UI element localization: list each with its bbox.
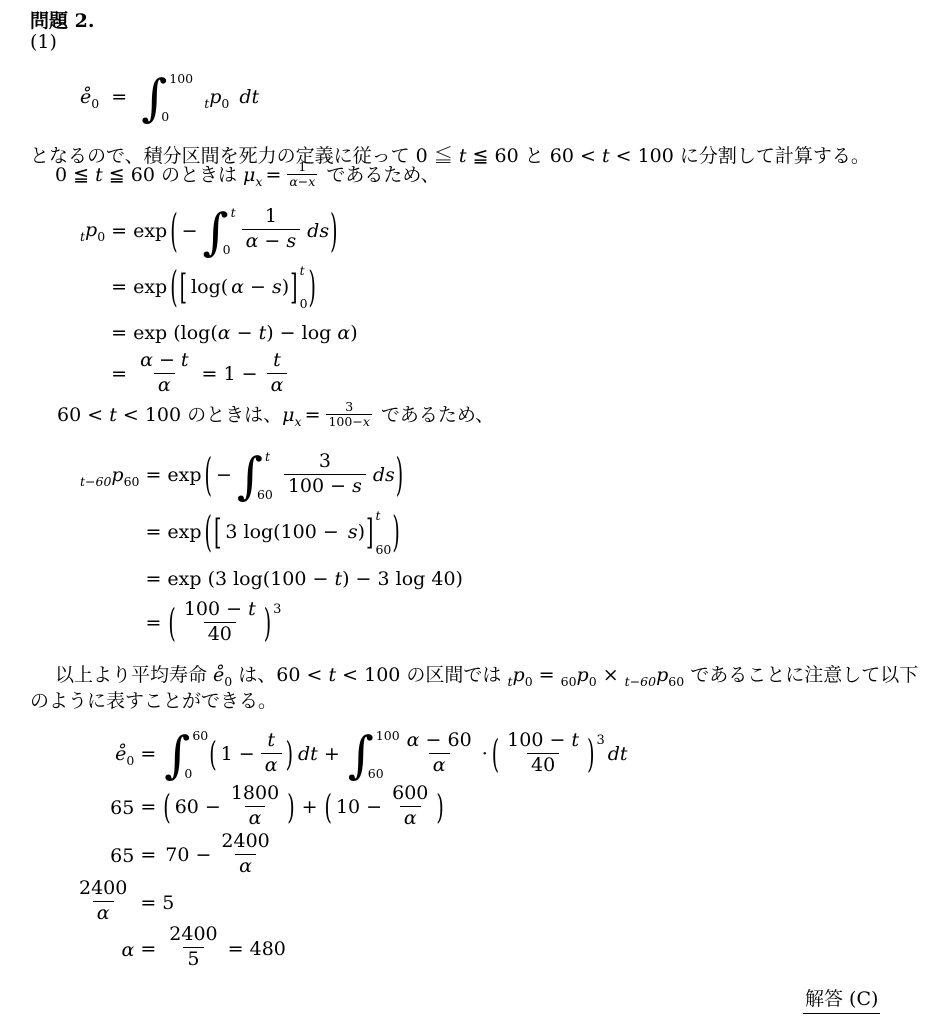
bracket-upper-limit: t bbox=[375, 510, 391, 523]
math-token: p bbox=[111, 464, 123, 486]
subscript: 60 bbox=[124, 474, 140, 489]
close-paren: ) bbox=[286, 736, 293, 775]
equals-sign: = bbox=[140, 844, 156, 866]
math-token: t bbox=[95, 164, 103, 186]
fraction-numerator: 100 − t bbox=[503, 730, 583, 753]
equation-lhs bbox=[80, 315, 105, 351]
minus-sign: − bbox=[182, 220, 198, 242]
fraction-numerator: t bbox=[269, 350, 285, 373]
math-token: dt bbox=[239, 86, 259, 108]
equation-rhs: =5 bbox=[134, 880, 627, 927]
fraction-denominator: α bbox=[154, 373, 175, 397]
math-token: 10 − bbox=[336, 796, 382, 818]
fraction-numerator: 3 bbox=[343, 400, 355, 414]
function-name: exp bbox=[167, 464, 201, 486]
equals-sign: = bbox=[111, 220, 127, 242]
subscript: 0 bbox=[221, 96, 229, 111]
math-token: p bbox=[209, 86, 221, 108]
math-token: μ bbox=[282, 404, 294, 426]
equals-sign: = bbox=[265, 164, 281, 186]
jp-text: に分割して計算する。 bbox=[674, 145, 870, 167]
fraction: tα bbox=[261, 730, 282, 777]
math-token: α bbox=[122, 939, 135, 961]
paragraph-case1: 0 ≦ t ≦ 60 のときは μx=1α−x であるため、 bbox=[55, 159, 440, 191]
bracket-limits: t60 bbox=[375, 510, 391, 556]
math-token: 60 − bbox=[175, 796, 221, 818]
jp-text: の区間では bbox=[400, 664, 507, 686]
equals-sign: = bbox=[111, 363, 127, 385]
jp-text: 以上より平均寿命 bbox=[55, 664, 213, 686]
equals-sign: = bbox=[533, 664, 561, 686]
fraction-denominator: α bbox=[245, 806, 266, 830]
open-paren: ( bbox=[168, 602, 175, 646]
fraction: 2400α bbox=[217, 831, 273, 878]
equation-rhs: =α − tα= 1 −tα bbox=[105, 351, 357, 399]
equation-rhs: =exp (log(α − t) − log α) bbox=[105, 315, 357, 351]
equals-sign: = bbox=[140, 743, 156, 765]
math-token: p bbox=[513, 664, 525, 686]
integral-symbol: ∫t60 bbox=[237, 450, 279, 502]
equation-e0-definition: e̊0 = ∫1000 tp0 dt bbox=[80, 72, 259, 124]
math-token: dt bbox=[608, 743, 628, 765]
equation-lhs: 65 bbox=[72, 833, 134, 880]
math-token: 100 − bbox=[288, 475, 352, 497]
equals-sign: = bbox=[111, 276, 127, 298]
fraction-denominator: 100−x bbox=[326, 414, 371, 429]
integral-lower-limit: 0 bbox=[184, 768, 200, 781]
fraction-numerator: 1800 bbox=[227, 783, 283, 806]
jp-text: のときは bbox=[155, 164, 243, 186]
math-token: 60 < bbox=[57, 404, 109, 426]
equals-sign: = bbox=[145, 521, 161, 543]
open-paren: ( bbox=[205, 450, 212, 502]
fraction: 1800α bbox=[227, 783, 283, 830]
equation-rhs: =∫600(1 −tα)dt+∫10060α − 60α·(100 − t40)… bbox=[134, 727, 627, 783]
math-token: − 60 bbox=[420, 729, 472, 751]
close-paren: ) bbox=[392, 509, 399, 557]
integral-lower-limit: 0 bbox=[223, 244, 231, 257]
math-token: α bbox=[337, 322, 350, 344]
math-token: ) bbox=[350, 322, 357, 344]
open-paren: ( bbox=[209, 736, 216, 775]
fraction: 1α−x bbox=[287, 160, 317, 190]
math-token: s bbox=[348, 521, 358, 543]
subscript: 0 bbox=[525, 674, 533, 689]
fraction-numerator: 2400 bbox=[217, 831, 273, 854]
math-token: x bbox=[363, 414, 370, 429]
math-token: < 100 bbox=[117, 404, 181, 426]
open-paren: ( bbox=[170, 206, 177, 258]
equation-rhs: =exp (3 log(100 − t) − 3 log 40) bbox=[139, 561, 462, 596]
open-paren: ( bbox=[170, 263, 177, 311]
close-paren: ) bbox=[330, 206, 337, 258]
equation-rhs: =70 −2400α bbox=[134, 833, 627, 880]
plus-sign: + bbox=[302, 796, 318, 818]
fraction-numerator: 600 bbox=[388, 783, 432, 806]
paragraph-case2: 60 < t < 100 のときは、μx=3100−x であるため、 bbox=[57, 399, 494, 431]
math-token: ) bbox=[282, 276, 289, 298]
function-name: exp bbox=[133, 220, 167, 242]
equals-sign: = bbox=[145, 612, 161, 634]
math-token: p bbox=[656, 664, 668, 686]
equation-lhs bbox=[80, 561, 139, 596]
subscript: 0 bbox=[97, 229, 105, 244]
equals-sign: = bbox=[111, 86, 127, 108]
math-token: 70 − bbox=[165, 844, 211, 866]
math-token: ≦ 60 bbox=[103, 164, 155, 186]
math-token: < 100 bbox=[336, 664, 400, 686]
equation-lhs: t−60p60 bbox=[80, 447, 139, 505]
subscript: x bbox=[295, 414, 302, 429]
close-paren: ) bbox=[396, 450, 403, 502]
integral-symbol: ∫600 bbox=[164, 729, 206, 781]
integral-symbol: ∫t0 bbox=[203, 206, 237, 258]
fraction-denominator: α bbox=[267, 373, 288, 397]
math-token: dt bbox=[298, 743, 318, 765]
paragraph-conclusion-line1: 以上より平均寿命 e̊0 は、60 < t < 100 の区間では tp0 = … bbox=[55, 660, 918, 689]
open-paren: ( bbox=[205, 509, 212, 557]
fraction-denominator: α − s bbox=[242, 229, 301, 253]
function-name: exp bbox=[167, 521, 201, 543]
fraction-numerator: α − t bbox=[136, 350, 192, 373]
jp-text: であることに注意して以下 bbox=[684, 664, 918, 686]
cdot-sign: · bbox=[482, 743, 488, 765]
close-paren: ) bbox=[264, 602, 271, 646]
fraction: 1α − s bbox=[242, 206, 301, 253]
fraction-denominator: 5 bbox=[183, 947, 203, 971]
subscript: 0 bbox=[126, 753, 134, 768]
jp-text: であるため、 bbox=[375, 404, 494, 426]
math-token: p bbox=[577, 664, 589, 686]
math-token: 3 log(100 − bbox=[225, 521, 344, 543]
equation-rhs: =exp([3 log(100 − s)]t60) bbox=[139, 505, 462, 561]
fraction-denominator: 40 bbox=[527, 753, 559, 777]
integral-lower-limit: 60 bbox=[257, 489, 273, 502]
equals-sign: = bbox=[305, 404, 321, 426]
math-token: 60 < bbox=[550, 145, 602, 167]
open-paren: ( bbox=[492, 733, 499, 777]
plus-sign: + bbox=[324, 743, 340, 765]
superscript-3: 3 bbox=[596, 733, 604, 748]
math-token: 100 − bbox=[507, 729, 571, 751]
fraction-numerator: 100 − t bbox=[180, 599, 260, 622]
fraction: 3100 − s bbox=[284, 451, 366, 498]
math-token: α − t bbox=[218, 322, 266, 344]
math-token: ) bbox=[358, 521, 365, 543]
equation-block-tp0: tp0 =exp(−∫t01α − sds) =exp([log(α − s)]… bbox=[80, 203, 358, 399]
fraction: 100 − t40 bbox=[503, 730, 583, 777]
equation-rhs: =exp([log(α − s)]t0) bbox=[105, 260, 357, 315]
math-token: = 480 bbox=[228, 938, 286, 960]
math-token: t bbox=[571, 729, 579, 751]
equation-lhs: α bbox=[72, 926, 134, 973]
integral-symbol: ∫1000 bbox=[141, 72, 191, 124]
math-token: t bbox=[328, 664, 336, 686]
superscript-3: 3 bbox=[273, 602, 281, 617]
subscript: x bbox=[255, 174, 262, 189]
paragraph-conclusion-line2: のように表すことができる。 bbox=[30, 686, 277, 713]
fraction: tα bbox=[267, 350, 288, 397]
integral-lower-limit: 0 bbox=[161, 111, 185, 124]
math-token: α bbox=[407, 729, 420, 751]
open-paren: ( bbox=[325, 789, 332, 828]
pre-subscript: 60 bbox=[561, 674, 577, 689]
problem-title: 問題 2. bbox=[30, 6, 94, 33]
fraction-denominator: α−x bbox=[287, 174, 317, 189]
math-token: 5 bbox=[162, 892, 174, 914]
fraction-denominator: α bbox=[261, 753, 282, 777]
equation-rhs: =24005= 480 bbox=[134, 926, 627, 973]
fraction: α − 60α bbox=[403, 730, 476, 777]
bracket-limits: t0 bbox=[300, 265, 308, 311]
math-token: ≦ 60 bbox=[466, 145, 518, 167]
math-token: 65 bbox=[110, 845, 134, 867]
math-token: t bbox=[109, 404, 117, 426]
jp-text: は、 bbox=[232, 664, 276, 686]
equation-lhs bbox=[80, 351, 105, 399]
equation-lhs: tp0 bbox=[80, 203, 105, 260]
integral-lower-limit: 60 bbox=[368, 768, 392, 781]
fraction-denominator: 100 − s bbox=[284, 474, 366, 498]
answer-footer: 解答 (C) bbox=[803, 984, 880, 1011]
fraction-numerator: α − 60 bbox=[403, 730, 476, 753]
math-token: ds bbox=[307, 220, 329, 242]
fraction-denominator: α bbox=[235, 854, 256, 878]
answer-label: 解答 (C) bbox=[803, 988, 880, 1014]
fraction: 600α bbox=[388, 783, 432, 830]
bracket-lower-limit: 0 bbox=[300, 298, 308, 311]
close-bracket: ] bbox=[290, 268, 297, 308]
math-token: log( bbox=[191, 276, 228, 298]
equation-rhs: =(60 −1800α)+(10 −600α) bbox=[134, 783, 627, 833]
math-token: 0 ≦ bbox=[55, 164, 95, 186]
integral-symbol: ∫10060 bbox=[348, 729, 398, 781]
math-token: e̊ bbox=[80, 86, 91, 108]
close-paren: ) bbox=[309, 263, 316, 311]
math-token: < 100 bbox=[610, 145, 674, 167]
integral-upper-limit: 100 bbox=[376, 730, 400, 743]
fraction-numerator: 2400 bbox=[165, 924, 221, 947]
fraction-denominator: α bbox=[429, 753, 450, 777]
equation-block-final: e̊0 =∫600(1 −tα)dt+∫10060α − 60α·(100 − … bbox=[72, 727, 628, 973]
equation-lhs: 2400α bbox=[72, 880, 134, 927]
math-token: t bbox=[334, 568, 342, 590]
fraction: 100 − t40 bbox=[180, 599, 260, 646]
close-paren: ) bbox=[587, 733, 594, 777]
bracket-lower-limit: 60 bbox=[375, 544, 391, 557]
pre-subscript: t−60 bbox=[625, 674, 656, 689]
fraction-numerator: 2400 bbox=[75, 878, 131, 901]
close-paren: ) bbox=[436, 789, 443, 828]
close-bracket: ] bbox=[366, 513, 373, 553]
open-bracket: [ bbox=[214, 513, 221, 553]
equation-lhs: e̊0 bbox=[72, 727, 134, 783]
equals-sign: = bbox=[140, 796, 156, 818]
integral-upper-limit: t bbox=[231, 207, 239, 220]
math-token: α − s bbox=[231, 276, 282, 298]
fraction-numerator: 1 bbox=[261, 206, 281, 229]
fraction: 2400α bbox=[75, 878, 131, 925]
equation-rhs: =(100 − t40)3 bbox=[139, 596, 462, 652]
close-paren: ) bbox=[287, 789, 294, 828]
open-bracket: [ bbox=[180, 268, 187, 308]
math-token: t bbox=[248, 598, 256, 620]
equals-sign: = bbox=[145, 568, 161, 590]
fraction-denominator: α bbox=[93, 901, 114, 925]
jp-text: と bbox=[519, 145, 550, 167]
equation-lhs bbox=[80, 260, 105, 315]
fraction-denominator: 40 bbox=[204, 622, 236, 646]
math-token: e̊ bbox=[115, 743, 126, 765]
equation-lhs bbox=[80, 596, 139, 652]
math-token: exp (log( bbox=[133, 322, 218, 344]
math-token: 65 bbox=[110, 797, 134, 819]
bracket-upper-limit: t bbox=[300, 265, 308, 278]
math-token: t bbox=[602, 145, 610, 167]
equals-sign: = bbox=[111, 322, 127, 344]
equation-block-p60: t−60p60 =exp(−∫t603100 − sds) =exp([3 lo… bbox=[80, 447, 463, 652]
math-token: 100 − bbox=[184, 598, 248, 620]
math-token: ds bbox=[373, 464, 395, 486]
jp-text: であるため、 bbox=[320, 164, 439, 186]
fraction: 24005 bbox=[165, 924, 221, 971]
math-token: s bbox=[352, 475, 362, 497]
jp-text: のときは、 bbox=[181, 404, 282, 426]
integral-upper-limit: 100 bbox=[169, 73, 193, 86]
math-token: ) − 3 log 40) bbox=[342, 568, 463, 590]
open-paren: ( bbox=[163, 789, 170, 828]
equation-rhs: =exp(−∫t01α − sds) bbox=[105, 203, 357, 260]
document-page: 問題 2. (1) e̊0 = ∫1000 tp0 dt となるので、積分区間を… bbox=[0, 0, 926, 1024]
math-token: exp (3 log(100 − bbox=[167, 568, 334, 590]
fraction-numerator: t bbox=[263, 730, 279, 753]
minus-sign: − bbox=[216, 464, 232, 486]
equals-sign: = bbox=[140, 892, 156, 914]
math-token: = 1 − bbox=[202, 363, 258, 385]
subscript: 60 bbox=[668, 674, 684, 689]
equation-lhs: 65 bbox=[72, 783, 134, 833]
equals-sign: = bbox=[145, 464, 161, 486]
equation-rhs: =exp(−∫t603100 − sds) bbox=[139, 447, 462, 505]
fraction-denominator: α bbox=[400, 806, 421, 830]
math-token: 1 − bbox=[221, 743, 255, 765]
pre-subscript: t−60 bbox=[80, 474, 111, 489]
math-token: p bbox=[85, 219, 97, 241]
fraction-numerator: 3 bbox=[315, 451, 335, 474]
math-token: μ bbox=[243, 164, 255, 186]
fraction-numerator: 1 bbox=[296, 160, 308, 174]
fraction: 3100−x bbox=[326, 400, 371, 430]
function-name: exp bbox=[133, 276, 167, 298]
math-token: ) − log bbox=[266, 322, 337, 344]
math-token: e̊ bbox=[213, 664, 224, 686]
subscript: 0 bbox=[91, 96, 99, 111]
equation-lhs bbox=[80, 505, 139, 561]
times-sign: × bbox=[597, 664, 625, 686]
math-token: 60 < bbox=[276, 664, 328, 686]
equals-sign: = bbox=[140, 938, 156, 960]
subscript: 0 bbox=[589, 674, 597, 689]
integral-upper-limit: t bbox=[265, 451, 281, 464]
integral-upper-limit: 60 bbox=[192, 730, 208, 743]
fraction: α − tα bbox=[136, 350, 192, 397]
math-token: 100− bbox=[328, 414, 362, 429]
part-label: (1) bbox=[30, 31, 57, 53]
